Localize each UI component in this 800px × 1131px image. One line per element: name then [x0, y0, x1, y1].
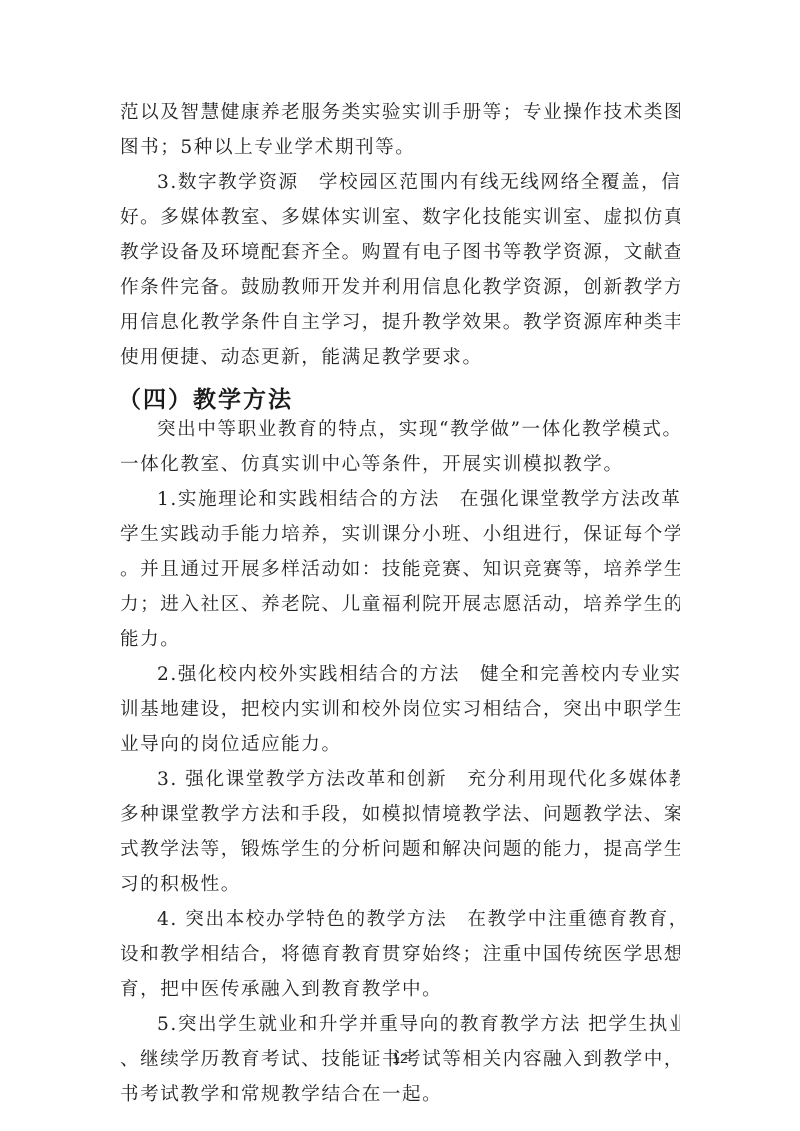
paragraph-digital-resources: 3.数字教学资源 学校园区范围内有线无线网络全覆盖，信息化基础条件良 好。多媒体… [120, 165, 680, 375]
text-line: 教学设备及环境配套齐全。购置有电子图书等教学资源，文献查询利用、课件制 [120, 235, 680, 270]
text-line: 学生实践动手能力培养，实训课分小班、小组进行，保证每个学生都能动手练习 [120, 517, 680, 552]
text-line: 多种课堂教学方法和手段，如模拟情境教学法、问题教学法、案例教学法、启发 [120, 797, 680, 832]
text-line: 2.强化校内校外实践相结合的方法 健全和完善校内专业实训中心、校外实 [120, 657, 680, 692]
text-line: 业导向的岗位适应能力。 [120, 727, 680, 762]
text-line: 。并且通过开展多样活动如：技能竞赛、知识竞赛等，培养学生的专业意识与能 [120, 552, 680, 587]
text-line: 一体化教室、仿真实训中心等条件，开展实训模拟教学。 [120, 447, 680, 482]
text-line: 使用便捷、动态更新，能满足教学要求。 [120, 340, 680, 375]
text-line: 设和教学相结合，将德育教育贯穿始终；注重中国传统医学思想和精神的传承教 [120, 937, 680, 972]
text-line: 图书；5种以上专业学术期刊等。 [120, 130, 680, 165]
paragraph-method-4: 4. 突出本校办学特色的教学方法 在教学中注重德育教育，将育人工程建 设和教学相… [120, 902, 680, 1007]
text-line: 用信息化教学条件自主学习，提升教学效果。教学资源库种类丰富、形式多样、 [120, 305, 680, 340]
text-line: 能力。 [120, 622, 680, 657]
text-line: 3. 强化课堂教学方法改革和创新 充分利用现代化多媒体教学手段，采用 [120, 762, 680, 797]
text-line: 范以及智慧健康养老服务类实验实训手册等；专业操作技术类图书和实务案例类 [120, 95, 680, 130]
text-line: 书考试教学和常规教学结合在一起。 [120, 1077, 680, 1112]
paragraph-method-1: 1.实施理论和实践相结合的方法 在强化课堂教学方法改革的基础上，重视 学生实践动… [120, 482, 680, 657]
text-line: 作条件完备。鼓励教师开发并利用信息化教学资源，创新教学方法，引导学生利 [120, 270, 680, 305]
paragraph-method-3: 3. 强化课堂教学方法改革和创新 充分利用现代化多媒体教学手段，采用 多种课堂教… [120, 762, 680, 902]
text-line: 4. 突出本校办学特色的教学方法 在教学中注重德育教育，将育人工程建 [120, 902, 680, 937]
document-page: 范以及智慧健康养老服务类实验实训手册等；专业操作技术类图书和实务案例类 图书；5… [120, 95, 680, 1112]
paragraph-library-continued: 范以及智慧健康养老服务类实验实训手册等；专业操作技术类图书和实务案例类 图书；5… [120, 95, 680, 165]
paragraph-intro: 突出中等职业教育的特点，实现“教学做”一体化教学模式。充分利用校内 一体化教室、… [120, 412, 680, 482]
text-line: 1.实施理论和实践相结合的方法 在强化课堂教学方法改革的基础上，重视 [120, 482, 680, 517]
text-line: 育，把中医传承融入到教育教学中。 [120, 972, 680, 1007]
text-line: 好。多媒体教室、多媒体实训室、数字化技能实训室、虚拟仿真实训室等现代化 [120, 200, 680, 235]
page-number: 12 [0, 1050, 800, 1066]
text-line: 训基地建设，把校内实训和校外岗位实习相结合，突出中职学生的实践教育和就 [120, 692, 680, 727]
text-line: 3.数字教学资源 学校园区范围内有线无线网络全覆盖，信息化基础条件良 [120, 165, 680, 200]
text-line: 突出中等职业教育的特点，实现“教学做”一体化教学模式。充分利用校内 [120, 412, 680, 447]
text-line: 5.突出学生就业和升学并重导向的教育教学方法 把学生执业资格证书考试 [120, 1007, 680, 1042]
text-line: 习的积极性。 [120, 867, 680, 902]
text-line: 式教学法等，锻炼学生的分析问题和解决问题的能力，提高学生的学习兴趣与学 [120, 832, 680, 867]
text-line: 力；进入社区、养老院、儿童福利院开展志愿活动，培养学生的爱心与人际交往 [120, 587, 680, 622]
paragraph-method-2: 2.强化校内校外实践相结合的方法 健全和完善校内专业实训中心、校外实 训基地建设… [120, 657, 680, 762]
